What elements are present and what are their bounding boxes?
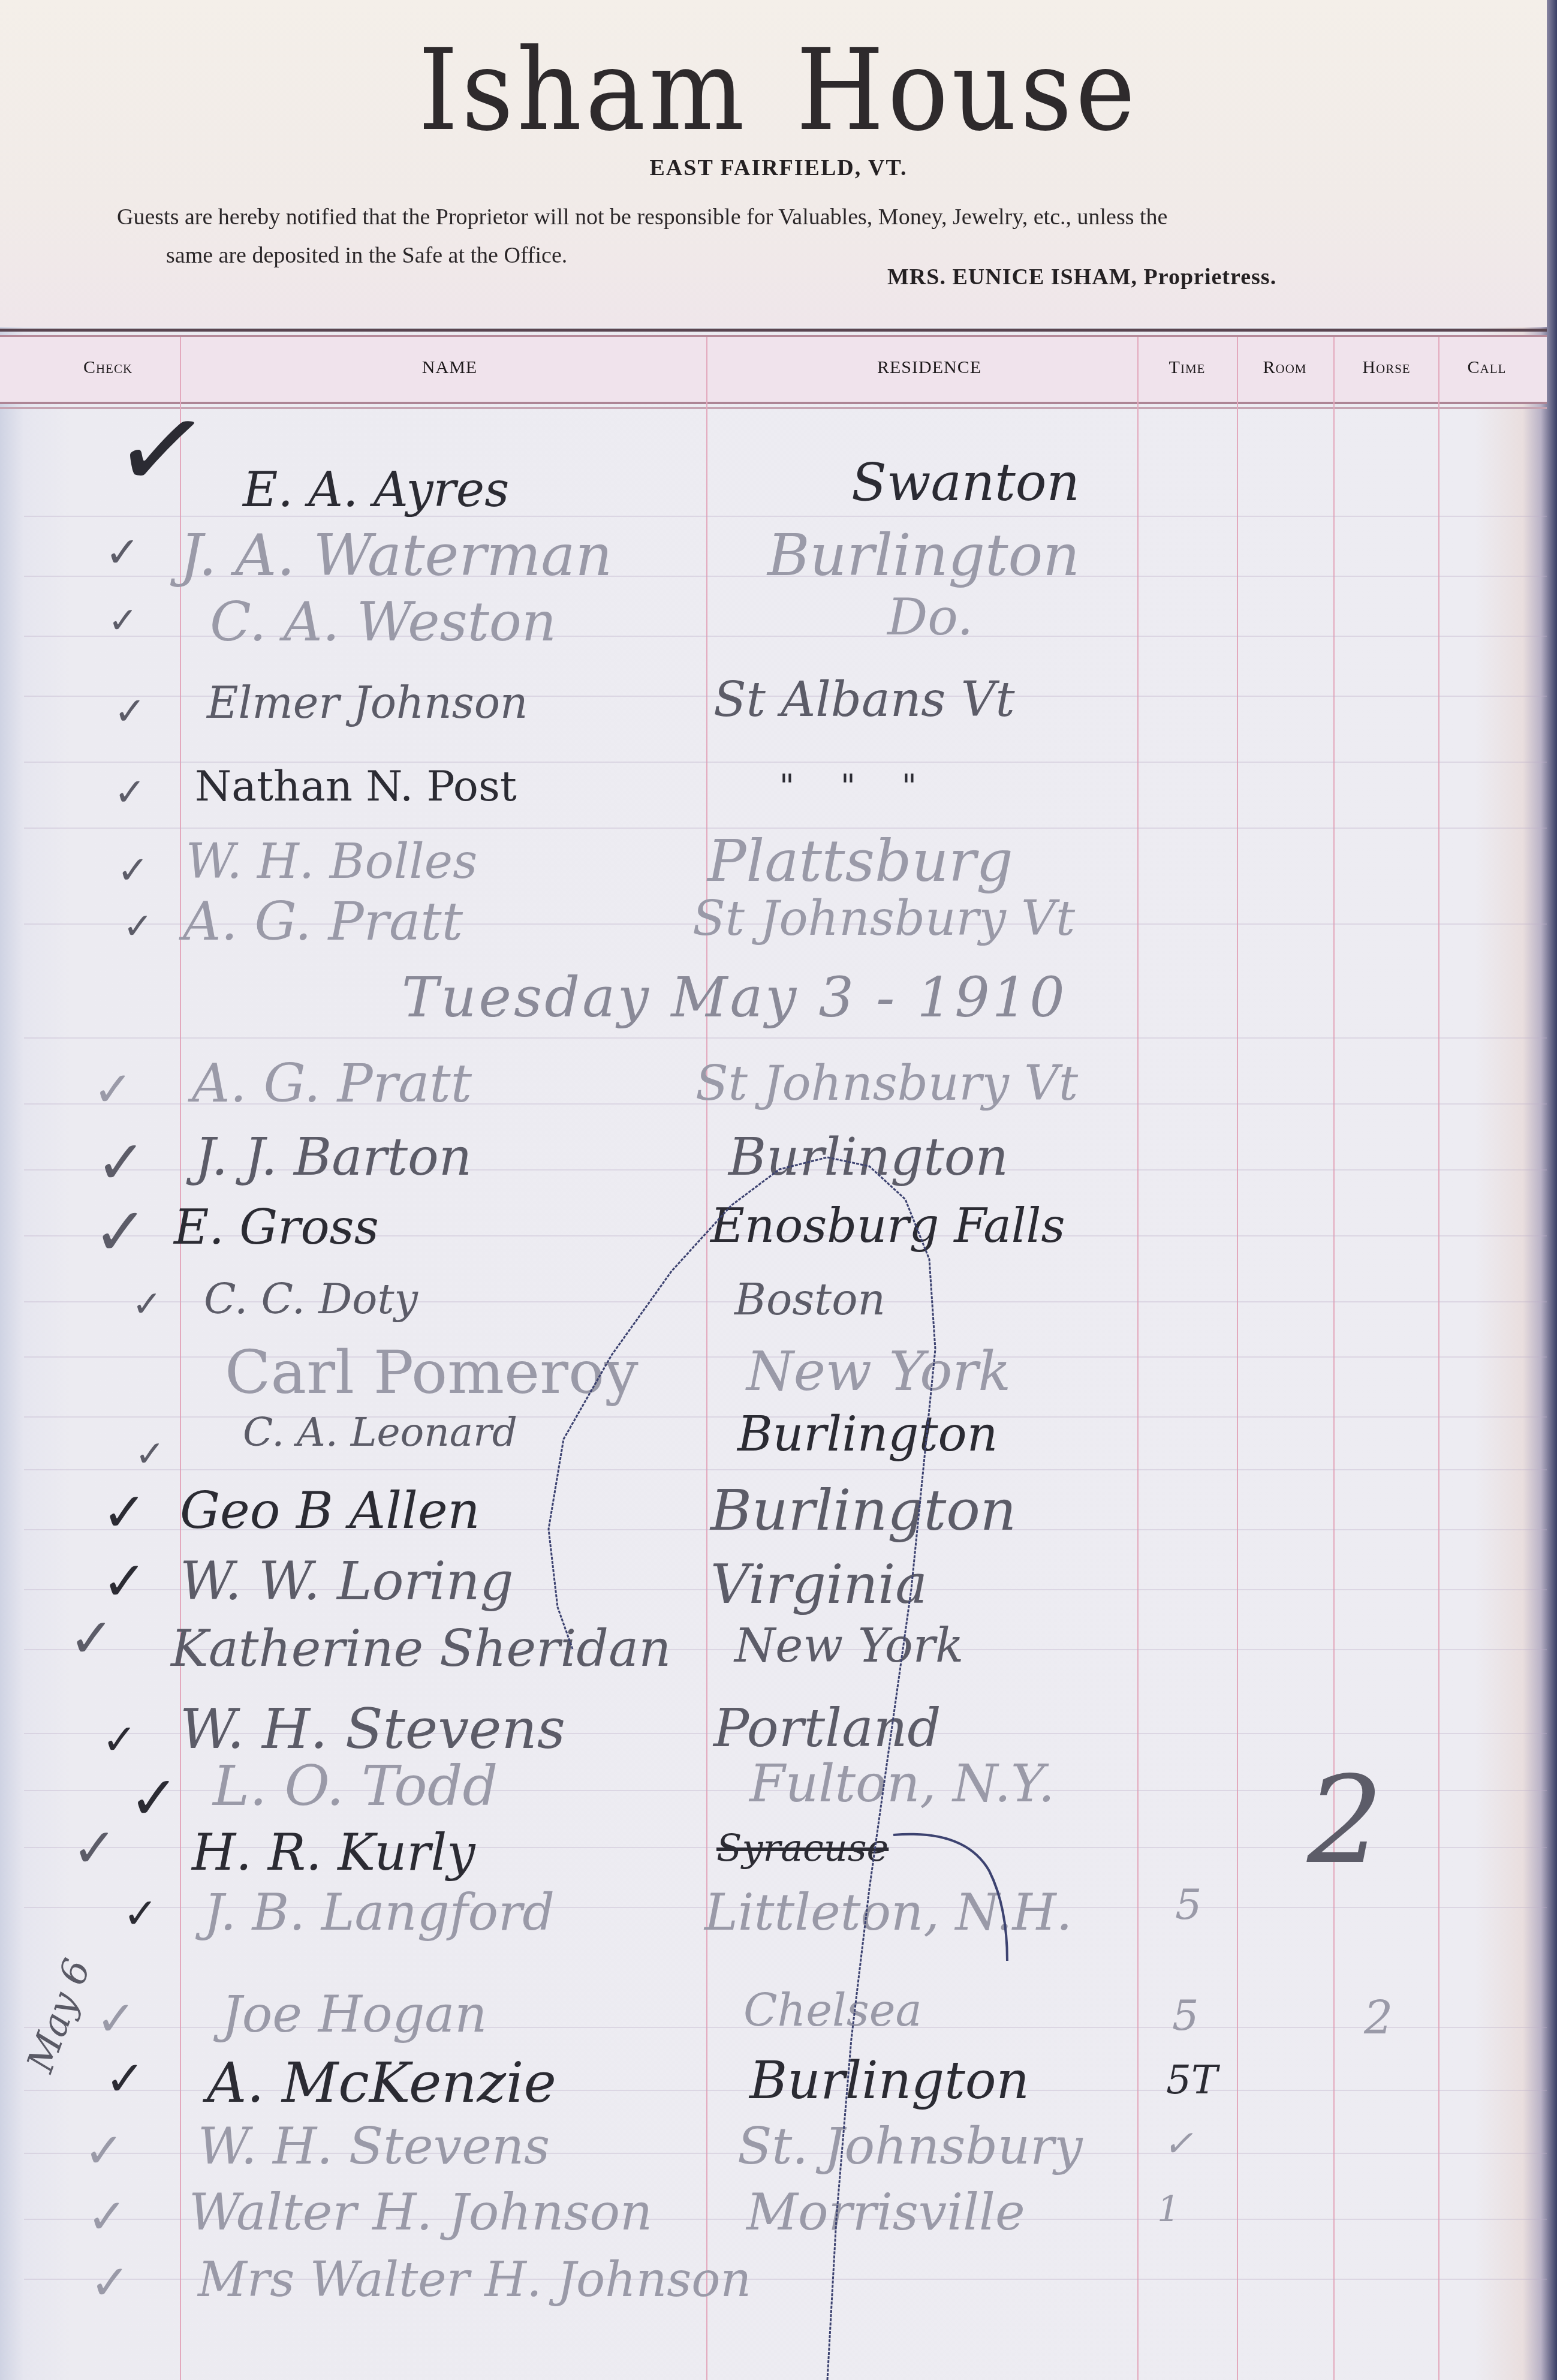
guest-name: A. G. Pratt: [192, 1052, 472, 1114]
date-heading: Tuesday May 3 - 1910: [402, 965, 1067, 1030]
check-mark: ✓: [90, 2255, 130, 2310]
title-word-house: House: [796, 24, 1139, 156]
notice-line-1: Guests are hereby notified that the Prop…: [117, 198, 1448, 236]
guest-residence: New York: [734, 1619, 963, 1673]
guest-name: Geo B Allen: [180, 1481, 480, 1540]
guest-name: Joe Hogan: [222, 1985, 487, 2044]
guest-residence: Virginia: [710, 1553, 927, 1616]
guest-name: W. H. Stevens: [180, 1697, 565, 1761]
guest-residence: " " ": [779, 768, 935, 805]
guest-name: Mrs Walter H. Johnson: [198, 2252, 751, 2307]
ruled-line: [24, 1469, 1547, 1470]
check-mark: ✓: [105, 378, 218, 522]
divider-residence-time: [1137, 337, 1139, 2380]
title-word-isham: Isham: [418, 24, 748, 156]
guest-residence: Swanton: [851, 453, 1080, 513]
check-mark: ✓: [123, 905, 153, 947]
column-header-call: Call: [1442, 357, 1532, 378]
check-mark: ✓: [108, 600, 138, 642]
guest-name: E. Gross: [174, 1199, 379, 1255]
check-mark: ✓: [114, 771, 146, 815]
guest-name: W. W. Loring: [180, 1550, 514, 1612]
guest-name: C. A. Weston: [210, 591, 556, 654]
room-value: 2: [1364, 1991, 1393, 2044]
guest-name: W. H. Bolles: [186, 834, 477, 889]
check-mark: ✓: [93, 1193, 148, 1270]
check-mark: ✓: [114, 690, 146, 734]
column-header-residence: RESIDENCE: [839, 357, 1019, 378]
guest-name: Elmer Johnson: [207, 678, 528, 728]
hotel-title: IshamHouse: [0, 24, 1557, 156]
time-value: 1: [1157, 2189, 1180, 2231]
guest-residence: Burlington: [749, 2051, 1029, 2111]
guest-residence: Portland: [713, 1697, 941, 1759]
check-mark: ✓: [132, 1283, 162, 1325]
check-mark: ✓: [123, 1889, 158, 1938]
check-mark: ✓: [69, 1607, 114, 1670]
guest-residence: Burlington: [737, 1406, 998, 1462]
time-value: 5: [1175, 1880, 1202, 1929]
guest-residence: Morrisville: [746, 2183, 1025, 2241]
proprietress-line: MRS. EUNICE ISHAM, Proprietress.: [887, 264, 1276, 290]
guest-name: J. B. Langford: [204, 1883, 555, 1942]
check-mark: ✓: [72, 1817, 117, 1880]
divider-room-horse: [1333, 337, 1335, 2380]
guest-residence: Enosburg Falls: [710, 1199, 1065, 1253]
guest-name: A. G. Pratt: [183, 890, 463, 952]
guest-residence: Burlington: [767, 522, 1080, 589]
guest-residence: St Johnsbury Vt: [695, 1055, 1078, 1111]
check-mark: ✓: [105, 2051, 145, 2107]
column-header-time: Time: [1142, 357, 1232, 378]
check-mark: ✓: [87, 2189, 127, 2244]
check-mark: ✓: [96, 1991, 136, 2047]
divider-name-residence: [706, 337, 707, 2380]
check-mark: ✓: [102, 1481, 147, 1544]
time-value: 5: [1172, 1991, 1199, 2040]
time-value: 5T: [1166, 2057, 1218, 2103]
check-mark: ✓: [105, 528, 140, 577]
guest-name: C. C. Doty: [204, 1274, 418, 1323]
guest-name: Katherine Sheridan: [171, 1619, 671, 1678]
guest-residence: Burlington: [710, 1478, 1016, 1543]
hotel-location: EAST FAIRFIELD, VT.: [0, 155, 1557, 181]
guest-residence: Boston: [734, 1274, 886, 1325]
guest-name: H. R. Kurly: [192, 1823, 475, 1882]
letterhead: IshamHouse EAST FAIRFIELD, VT. Guests ar…: [0, 0, 1547, 327]
check-mark: ✓: [93, 1061, 133, 1117]
guest-residence: Do.: [887, 588, 973, 646]
guest-name: J. A. Waterman: [180, 522, 612, 589]
header-top-rule: [0, 329, 1547, 337]
ruled-line: [24, 1037, 1547, 1039]
column-header-horse: Horse: [1337, 357, 1436, 378]
guest-residence: St Johnsbury Vt: [692, 890, 1075, 946]
header-bottom-rule: [0, 402, 1547, 409]
valuables-notice: Guests are hereby notified that the Prop…: [117, 198, 1448, 275]
horse-count: 2: [1307, 1751, 1383, 1891]
column-header-name: NAME: [360, 357, 540, 378]
check-mark: ✓: [84, 2123, 124, 2179]
check-mark: ✓: [117, 849, 149, 893]
divider-time-room: [1237, 337, 1238, 2380]
guest-residence: Chelsea: [743, 1985, 922, 2036]
guest-residence: Fulton, N.Y.: [749, 1754, 1055, 1814]
check-mark: ✓: [102, 1550, 147, 1613]
guest-name: C. A. Leonard: [243, 1409, 517, 1455]
divider-horse-call: [1438, 337, 1439, 2380]
guest-name: Walter H. Johnson: [189, 2183, 652, 2241]
guest-name: W. H. Stevens: [198, 2117, 550, 2176]
column-header-room: Room: [1240, 357, 1330, 378]
time-value: ✓: [1163, 2123, 1193, 2165]
check-mark: ✓: [129, 1763, 179, 1833]
check-mark: ✓: [96, 1127, 146, 1197]
guest-residence: Syracuse: [716, 1826, 889, 1870]
guest-name: Nathan N. Post: [195, 762, 517, 811]
check-mark: ✓: [135, 1433, 165, 1475]
divider-check-name: [180, 337, 181, 2380]
guest-residence: Littleton, N.H.: [704, 1883, 1072, 1942]
guest-residence: St Albans Vt: [713, 672, 1015, 727]
guest-name: J. J. Barton: [195, 1127, 472, 1187]
guest-name: A. McKenzie: [207, 2051, 556, 2115]
column-header-check: Check: [48, 357, 168, 378]
guest-name: Carl Pomeroy: [225, 1337, 639, 1407]
margin-date-note: May 6: [18, 1953, 99, 2078]
guest-residence: New York: [746, 1340, 1011, 1403]
register-page: IshamHouse EAST FAIRFIELD, VT. Guests ar…: [0, 0, 1557, 2380]
guest-residence: St. Johnsbury: [737, 2117, 1083, 2176]
guest-residence: Burlington: [728, 1127, 1008, 1187]
guest-residence: Plattsburg: [707, 828, 1013, 895]
guest-name: L. O. Todd: [213, 1754, 498, 1818]
check-mark: ✓: [102, 1715, 137, 1764]
guest-name: E. A. Ayres: [243, 462, 509, 517]
